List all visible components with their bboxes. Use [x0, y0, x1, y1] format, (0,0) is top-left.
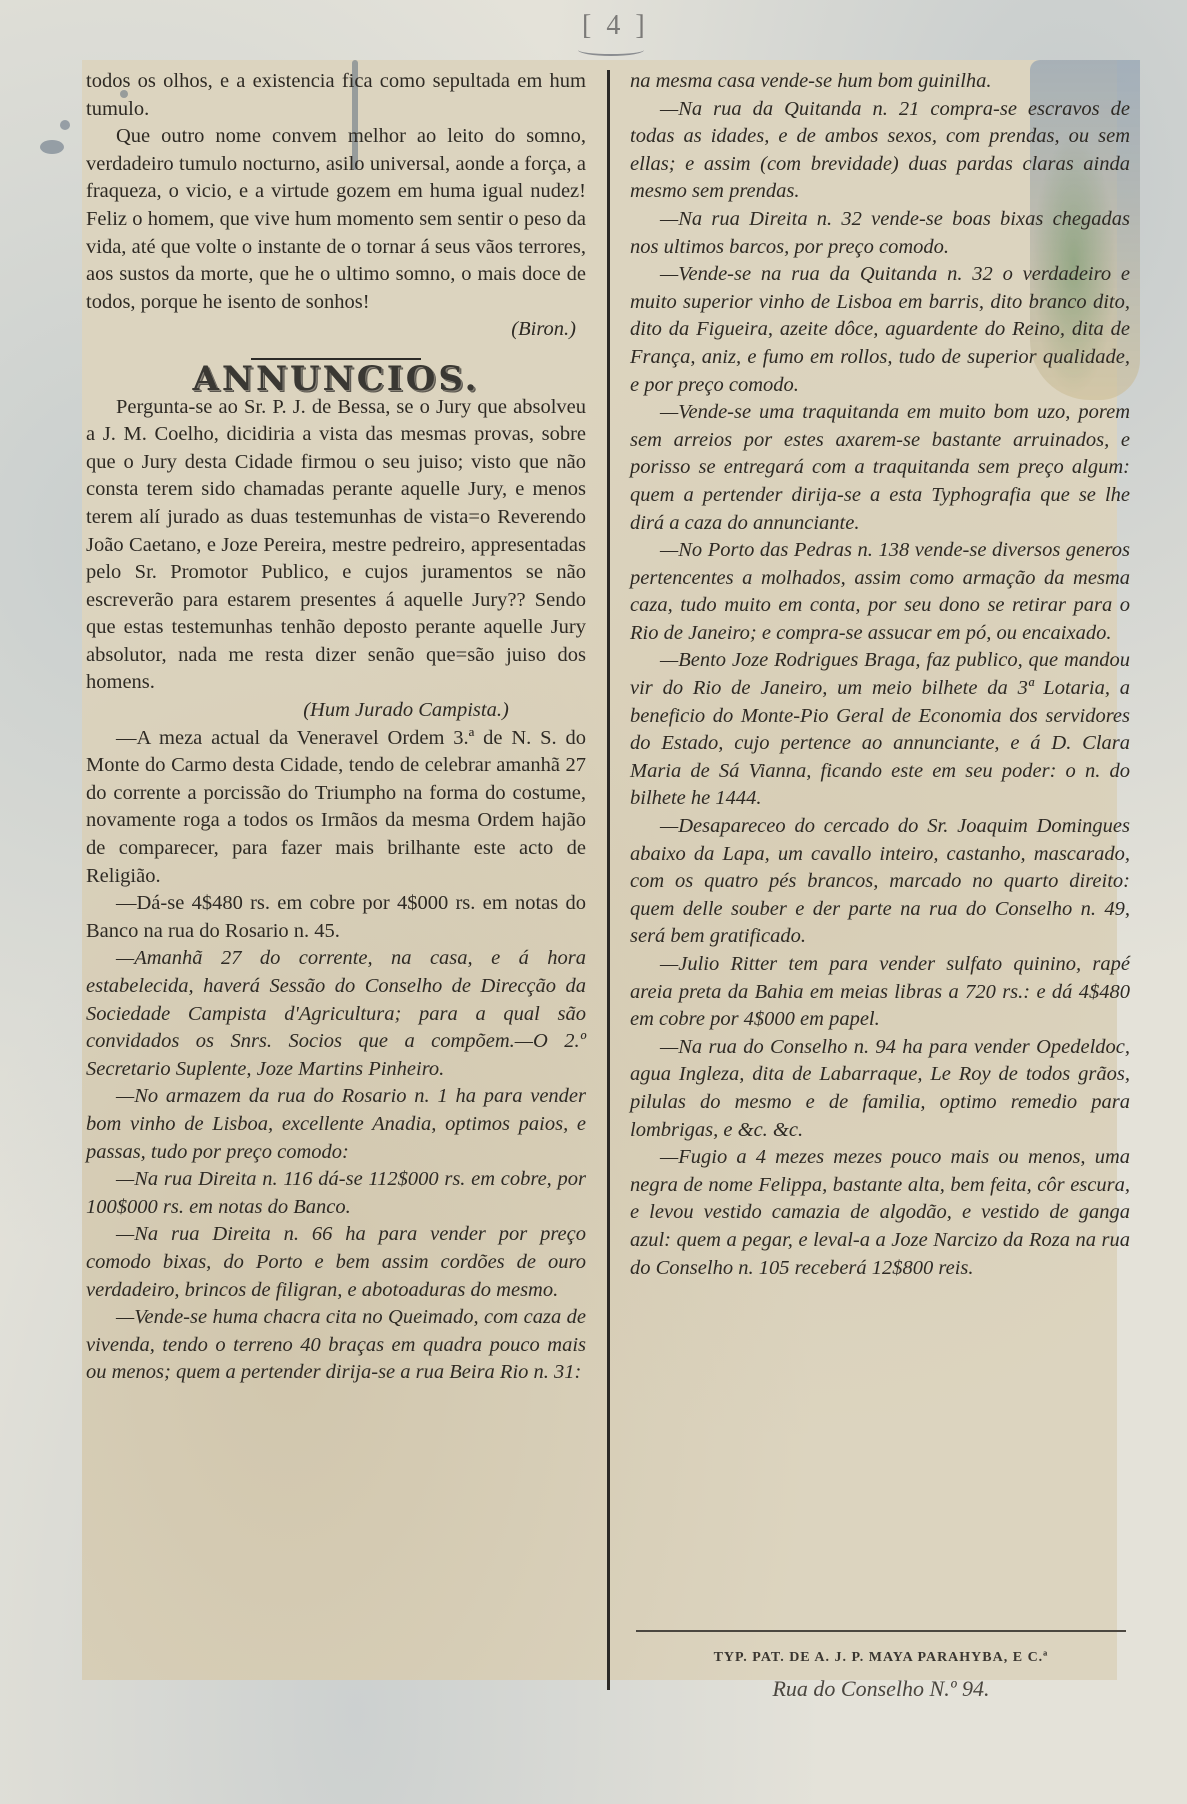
ink-spot: [40, 140, 64, 154]
ad-signature: (Hum Jurado Campista.): [86, 697, 586, 725]
ad-item: —Vende-se huma chacra cita no Queimado, …: [86, 1304, 586, 1387]
right-column: na mesma casa vende-se hum bom guinilha.…: [630, 68, 1130, 1282]
ad-item: —A meza actual da Veneravel Ordem 3.ª de…: [86, 725, 586, 891]
ad-item: —Amanhã 27 do corrente, na casa, e á hor…: [86, 945, 586, 1083]
printer-imprint: TYP. PAT. DE A. J. P. MAYA PARAHYBA, E C…: [636, 1650, 1126, 1666]
ad-item: —No Porto das Pedras n. 138 vende-se div…: [630, 537, 1130, 647]
ad-item: —Vende-se uma traquitanda em muito bom u…: [630, 399, 1130, 537]
continued-text: todos os olhos, e a existencia fica como…: [86, 68, 586, 123]
ad-item: —Vende-se na rua da Quitanda n. 32 o ver…: [630, 261, 1130, 399]
ad-item: —Na rua da Quitanda n. 21 compra-se escr…: [630, 96, 1130, 206]
page-number-ornament: [578, 44, 644, 56]
ad-item: —Desapareceo do cercado do Sr. Joaquim D…: [630, 813, 1130, 951]
ad-item: —Na rua do Conselho n. 94 ha para vender…: [630, 1034, 1130, 1144]
article-attribution: (Biron.): [86, 316, 586, 344]
ad-item: —No armazem da rua do Rosario n. 1 ha pa…: [86, 1083, 586, 1166]
ad-item: —Dá-se 4$480 rs. em cobre por 4$000 rs. …: [86, 890, 586, 945]
column-divider: [607, 70, 610, 1690]
printer-address: Rua do Conselho N.º 94.: [636, 1676, 1126, 1702]
ink-spot: [60, 120, 70, 130]
left-column: todos os olhos, e a existencia fica como…: [86, 68, 586, 1387]
continued-text: na mesma casa vende-se hum bom guinilha.: [630, 68, 1130, 96]
ad-item: —Julio Ritter tem para vender sulfato qu…: [630, 951, 1130, 1034]
ad-item: —Fugio a 4 mezes mezes pouco mais ou men…: [630, 1144, 1130, 1282]
ad-item: —Na rua Direita n. 116 dá-se 112$000 rs.…: [86, 1166, 586, 1221]
page-number: [ 4 ]: [582, 10, 649, 42]
ad-item: Pergunta-se ao Sr. P. J. de Bessa, se o …: [86, 394, 586, 698]
ad-item: —Na rua Direita n. 32 vende-se boas bixa…: [630, 206, 1130, 261]
ad-item: —Bento Joze Rodrigues Braga, faz publico…: [630, 647, 1130, 813]
footer-rule: [636, 1630, 1126, 1632]
section-heading: ANNUNCIOS.: [86, 366, 586, 394]
ad-item: —Na rua Direita n. 66 ha para vender por…: [86, 1221, 586, 1304]
article-paragraph: Que outro nome convem melhor ao leito do…: [86, 123, 586, 316]
